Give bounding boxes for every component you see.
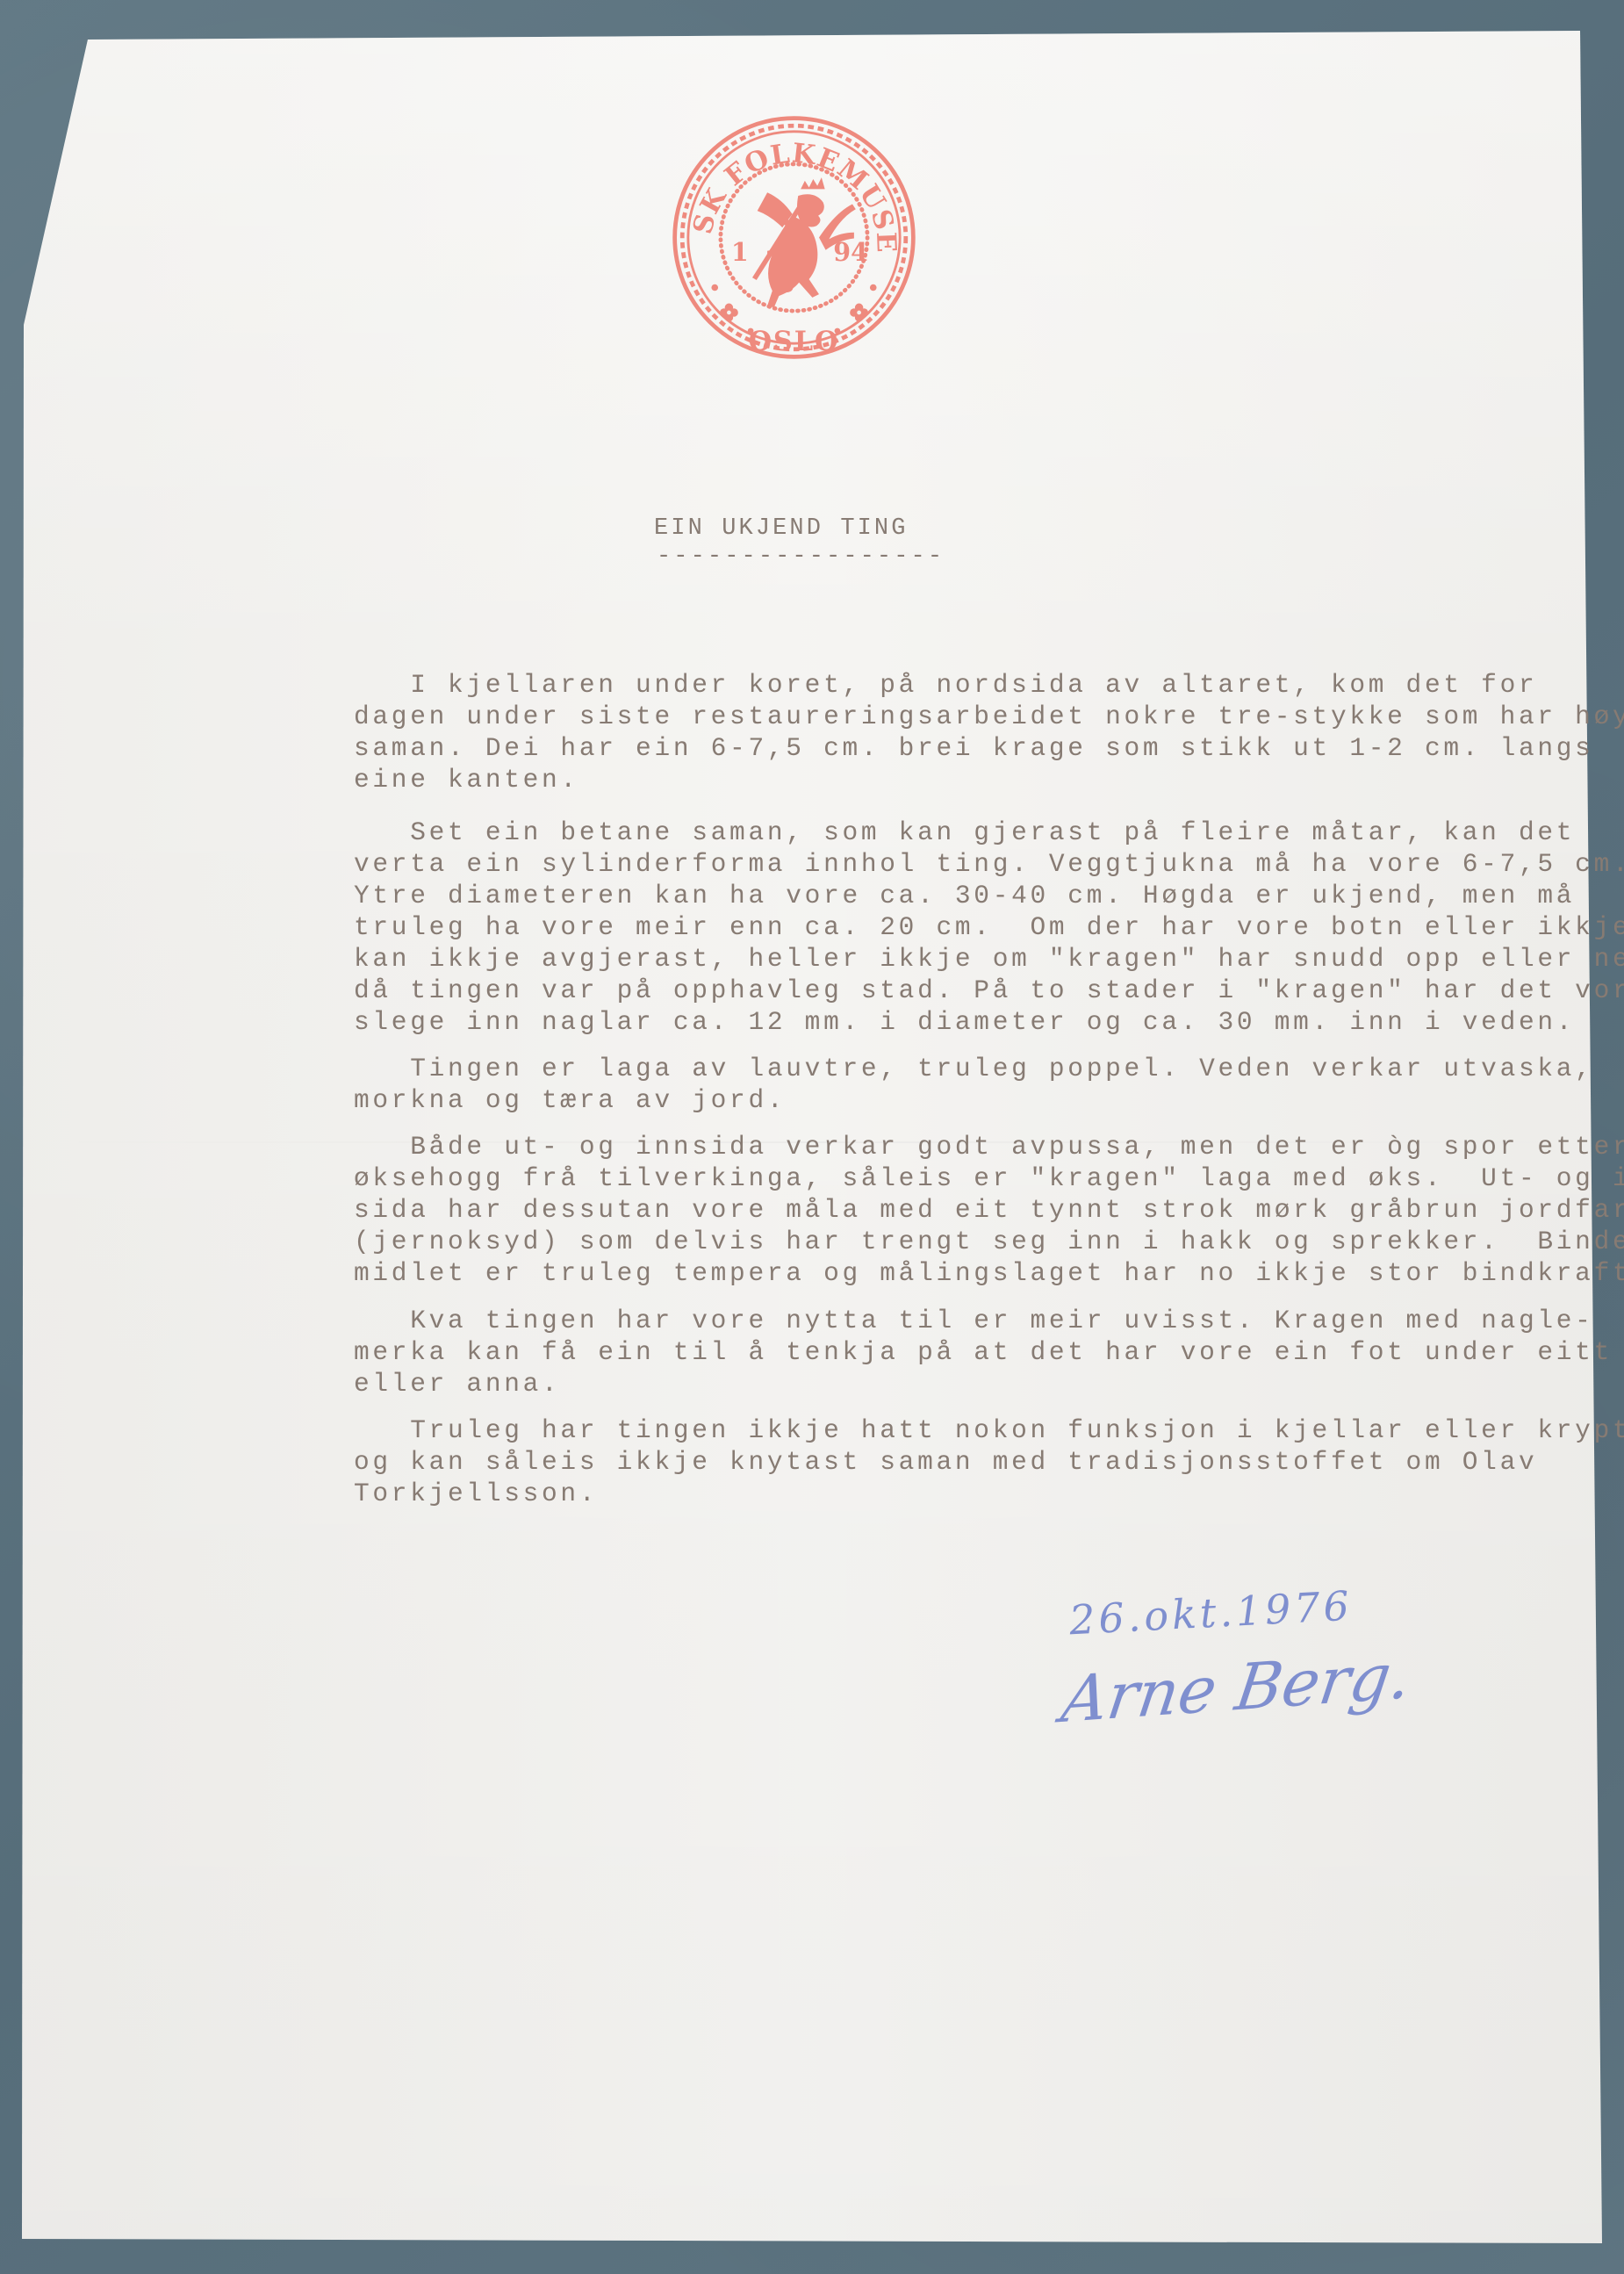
paragraph-4-line-5: midlet er truleg tempera og målingslaget…	[354, 1257, 1624, 1289]
norsk-folkemuseum-seal-icon: NORSK FOLKEMUSEUM OSLO 1 8 94	[669, 112, 919, 363]
paragraph-5-line-2: merka kan få ein til å tenkja på at det …	[354, 1336, 1613, 1368]
paragraph-2-line-2: verta ein sylinderforma innhol ting. Veg…	[354, 848, 1624, 880]
paragraph-3-line-1: Tingen er laga av lauvtre, truleg poppel…	[354, 1053, 1594, 1084]
paragraph-2-line-1: Set ein betane saman, som kan gjerast på…	[354, 817, 1575, 848]
paragraph-4-line-1: Både ut- og innsida verkar godt avpussa,…	[354, 1131, 1624, 1162]
paragraph-1-line-3: saman. Dei har ein 6-7,5 cm. brei krage …	[354, 732, 1594, 764]
paragraph-5-line-1: Kva tingen har vore nytta til er meir uv…	[354, 1305, 1594, 1336]
paragraph-6-line-1: Truleg har tingen ikkje hatt nokon funks…	[354, 1414, 1624, 1446]
paragraph-4-line-2: øksehogg frå tilverkinga, såleis er "kra…	[354, 1162, 1624, 1194]
paragraph-6-line-2: og kan såleis ikkje knytast saman med tr…	[354, 1446, 1537, 1478]
paragraph-2-line-3: Ytre diameteren kan ha vore ca. 30-40 cm…	[354, 880, 1575, 911]
paragraph-2-line-4: truleg ha vore meir enn ca. 20 cm. Om de…	[354, 911, 1624, 943]
paragraph-5-line-3: eller anna.	[354, 1368, 560, 1400]
paragraph-1-line-2: dagen under siste restaureringsarbeidet …	[354, 701, 1624, 732]
paragraph-1-line-4: eine kanten.	[354, 764, 579, 795]
paragraph-3-line-2: morkna og tæra av jord.	[354, 1084, 786, 1116]
title-underline: -----------------	[657, 541, 945, 572]
paragraph-4-line-3: sida har dessutan vore måla med eit tynn…	[354, 1194, 1624, 1226]
svg-text:OSLO: OSLO	[749, 326, 840, 357]
paragraph-2-line-5: kan ikkje avgjerast, heller ikkje om "kr…	[354, 943, 1624, 975]
paragraph-4-line-4: (jernoksyd) som delvis har trengt seg in…	[354, 1226, 1624, 1257]
paragraph-1-line-1: I kjellaren under koret, på nordsida av …	[354, 669, 1537, 701]
paragraph-2-line-7: slege inn naglar ca. 12 mm. i diameter o…	[354, 1006, 1575, 1038]
document-title: EIN UKJEND TING	[654, 513, 909, 544]
svg-text:1: 1	[731, 237, 749, 267]
paragraph-6-line-3: Torkjellsson.	[354, 1478, 598, 1509]
paragraph-2-line-6: då tingen var på opphavleg stad. På to s…	[354, 975, 1624, 1006]
